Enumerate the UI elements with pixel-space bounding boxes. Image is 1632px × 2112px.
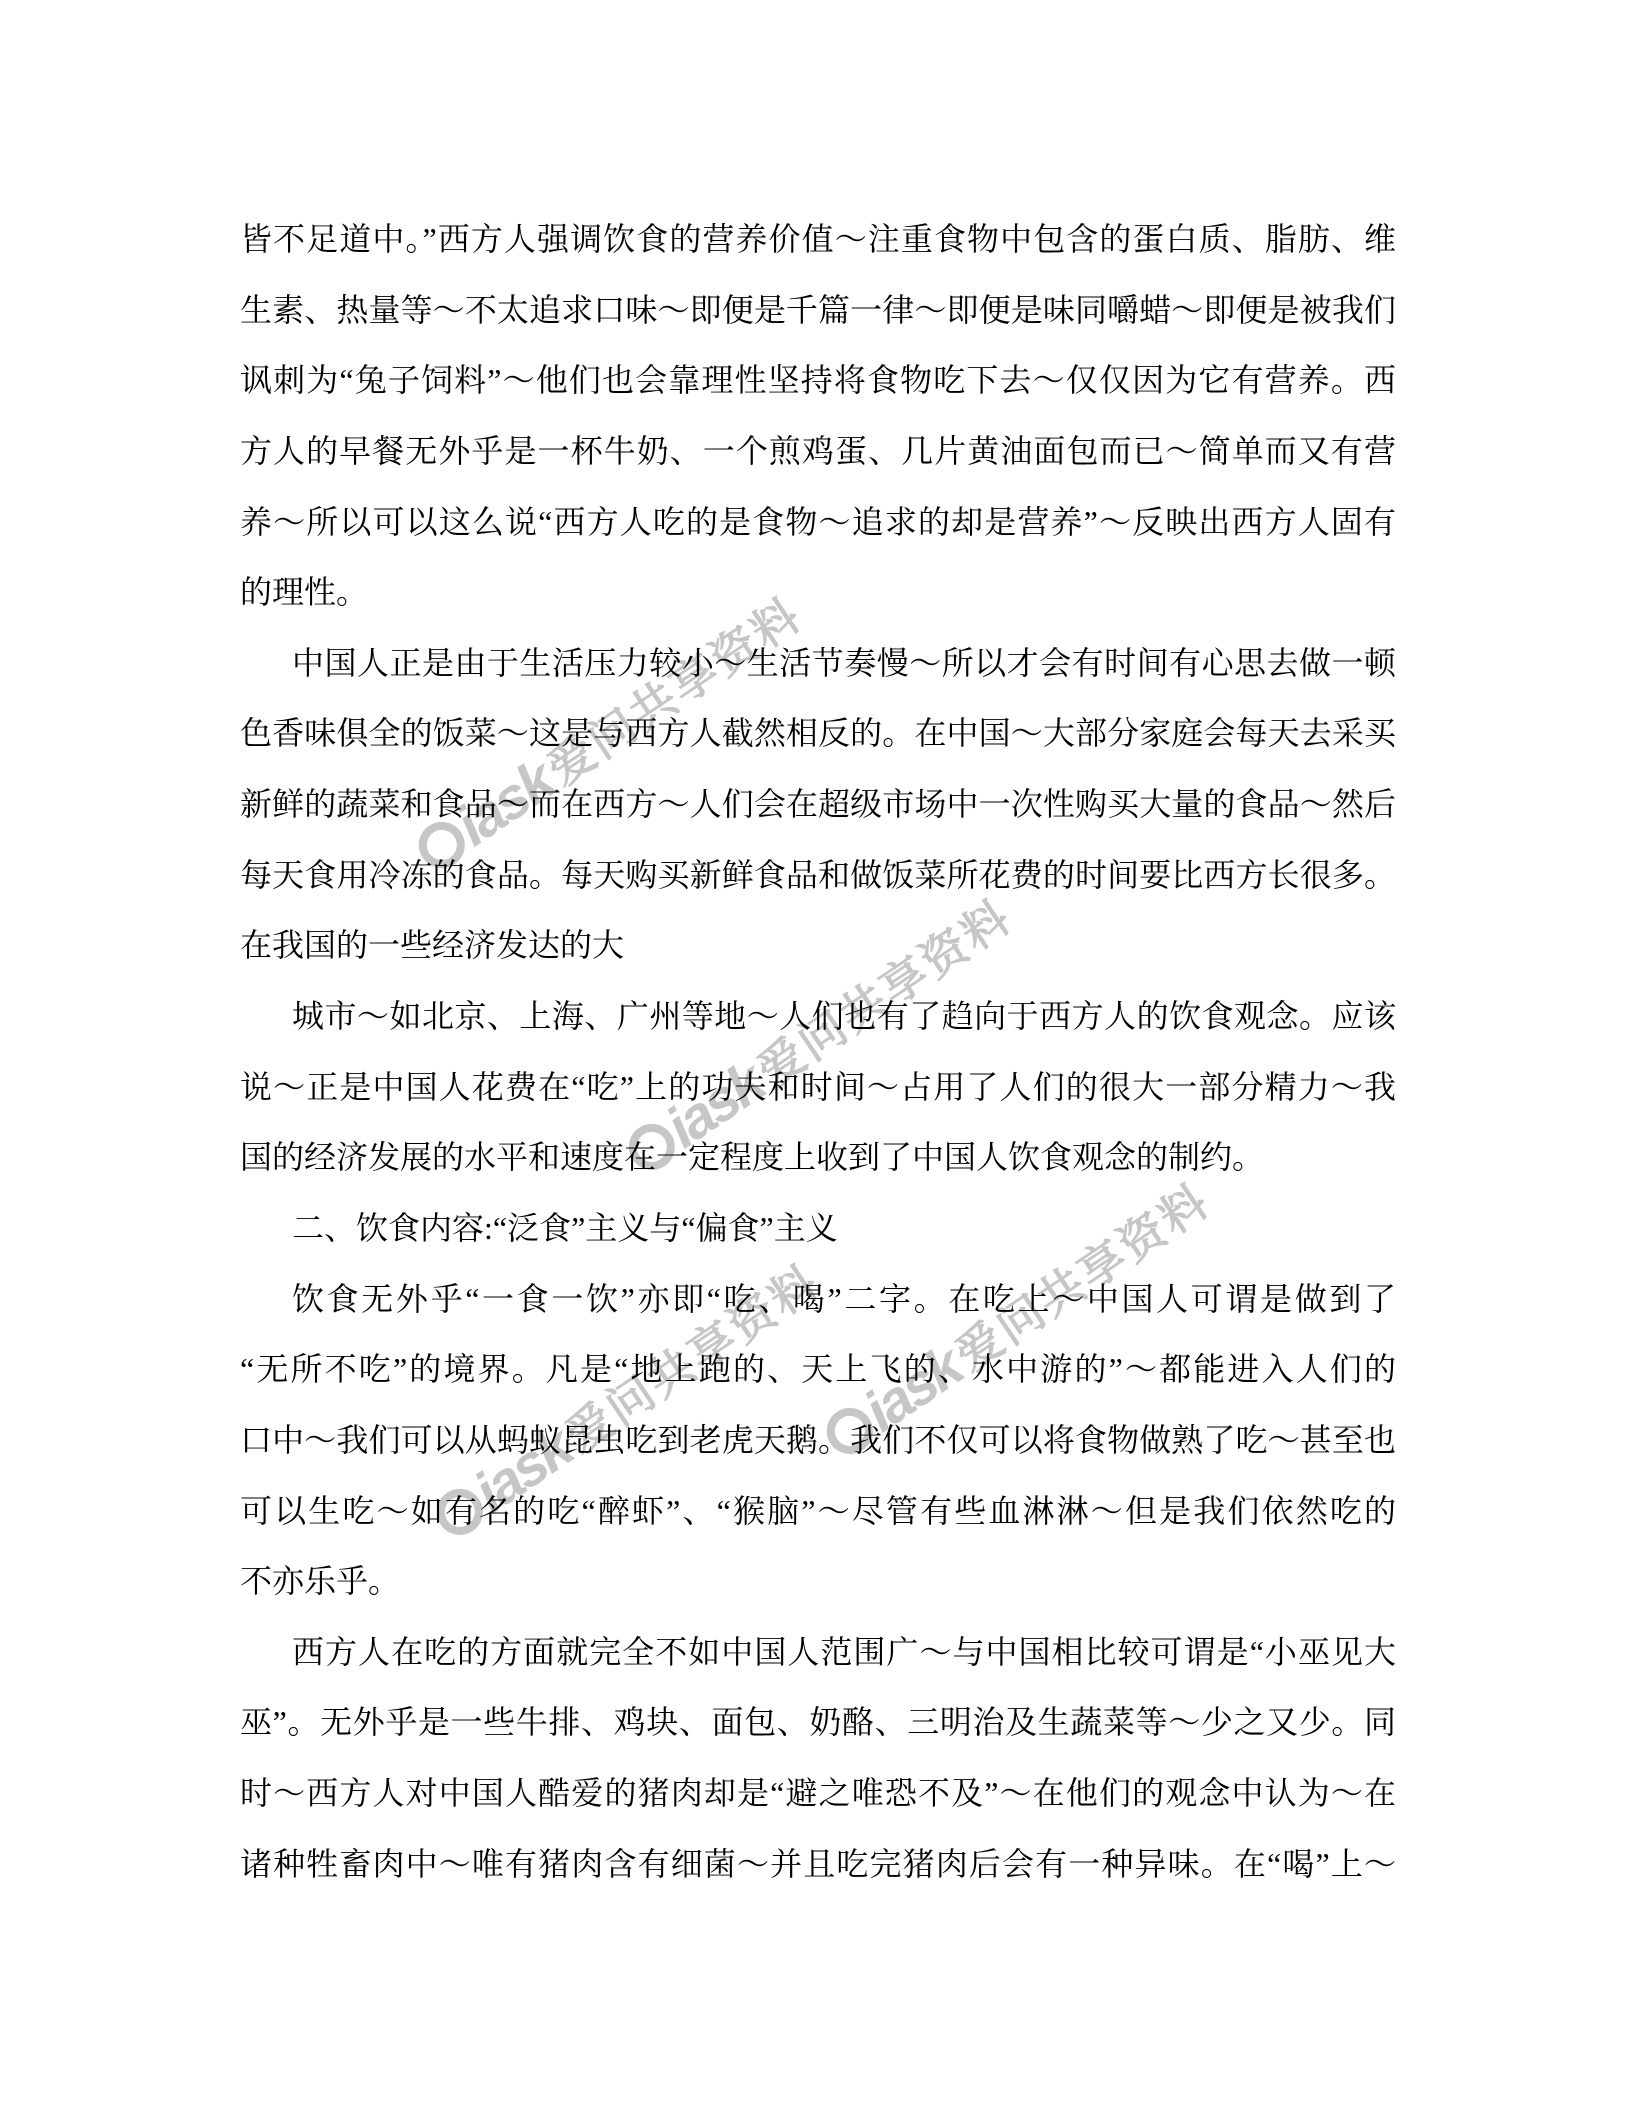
text-line: 色香味俱全的饭菜～这是与西方人截然相反的。在中国～大部分家庭会每天去采买 [240,698,1396,769]
text-line: 城市～如北京、上海、广州等地～人们也有了趋向于西方人的饮食观念。应该 [240,981,1396,1052]
text-block: 皆不足道中。”西方人强调饮食的营养价值～注重食物中包含的蛋白质、脂肪、维生素、热… [240,204,1396,1899]
text-line: 生素、热量等～不太追求口味～即便是千篇一律～即便是味同嚼蜡～即便是被我们 [240,275,1396,346]
text-line: 说～正是中国人花费在“吃”上的功夫和时间～占用了人们的很大一部分精力～我 [240,1052,1396,1123]
text-line: “无所不吃”的境界。凡是“地上跑的、天上飞的、水中游的”～都能进入人们的 [240,1334,1396,1405]
text-line: 西方人在吃的方面就完全不如中国人范围广～与中国相比较可谓是“小巫见大 [240,1617,1396,1688]
text-line: 不亦乐乎。 [240,1546,1396,1617]
text-line: 在我国的一些经济发达的大 [240,910,1396,981]
text-line: 中国人正是由于生活压力较小～生活节奏慢～所以才会有时间有心思去做一顿 [240,628,1396,699]
text-line: 方人的早餐无外乎是一杯牛奶、一个煎鸡蛋、几片黄油面包而已～简单而又有营 [240,416,1396,487]
text-line: 二、饮食内容:“泛食”主义与“偏食”主义 [240,1193,1396,1264]
document-page: iask爱问共享资料iask爱问共享资料iask爱问共享资料iask爱问共享资料… [0,0,1632,2112]
text-line: 国的经济发展的水平和速度在一定程度上收到了中国人饮食观念的制约。 [240,1122,1396,1193]
text-line: 可以生吃～如有名的吃“醉虾”、“猴脑”～尽管有些血淋淋～但是我们依然吃的 [240,1476,1396,1547]
text-line: 的理性。 [240,557,1396,628]
text-line: 诸种牲畜肉中～唯有猪肉含有细菌～并且吃完猪肉后会有一种异味。在“喝”上～ [240,1829,1396,1900]
text-line: 饮食无外乎“一食一饮”亦即“吃、喝”二字。在吃上～中国人可谓是做到了 [240,1264,1396,1335]
text-line: 每天食用冷冻的食品。每天购买新鲜食品和做饭菜所花费的时间要比西方长很多。 [240,840,1396,911]
text-line: 口中～我们可以从蚂蚁昆虫吃到老虎天鹅。我们不仅可以将食物做熟了吃～甚至也 [240,1405,1396,1476]
text-line: 皆不足道中。”西方人强调饮食的营养价值～注重食物中包含的蛋白质、脂肪、维 [240,204,1396,275]
text-line: 新鲜的蔬菜和食品～而在西方～人们会在超级市场中一次性购买大量的食品～然后 [240,769,1396,840]
text-line: 巫”。无外乎是一些牛排、鸡块、面包、奶酪、三明治及生蔬菜等～少之又少。同 [240,1687,1396,1758]
text-line: 养～所以可以这么说“西方人吃的是食物～追求的却是营养”～反映出西方人固有 [240,487,1396,558]
text-line: 时～西方人对中国人酷爱的猪肉却是“避之唯恐不及”～在他们的观念中认为～在 [240,1758,1396,1829]
text-line: 讽刺为“兔子饲料”～他们也会靠理性坚持将食物吃下去～仅仅因为它有营养。西 [240,345,1396,416]
